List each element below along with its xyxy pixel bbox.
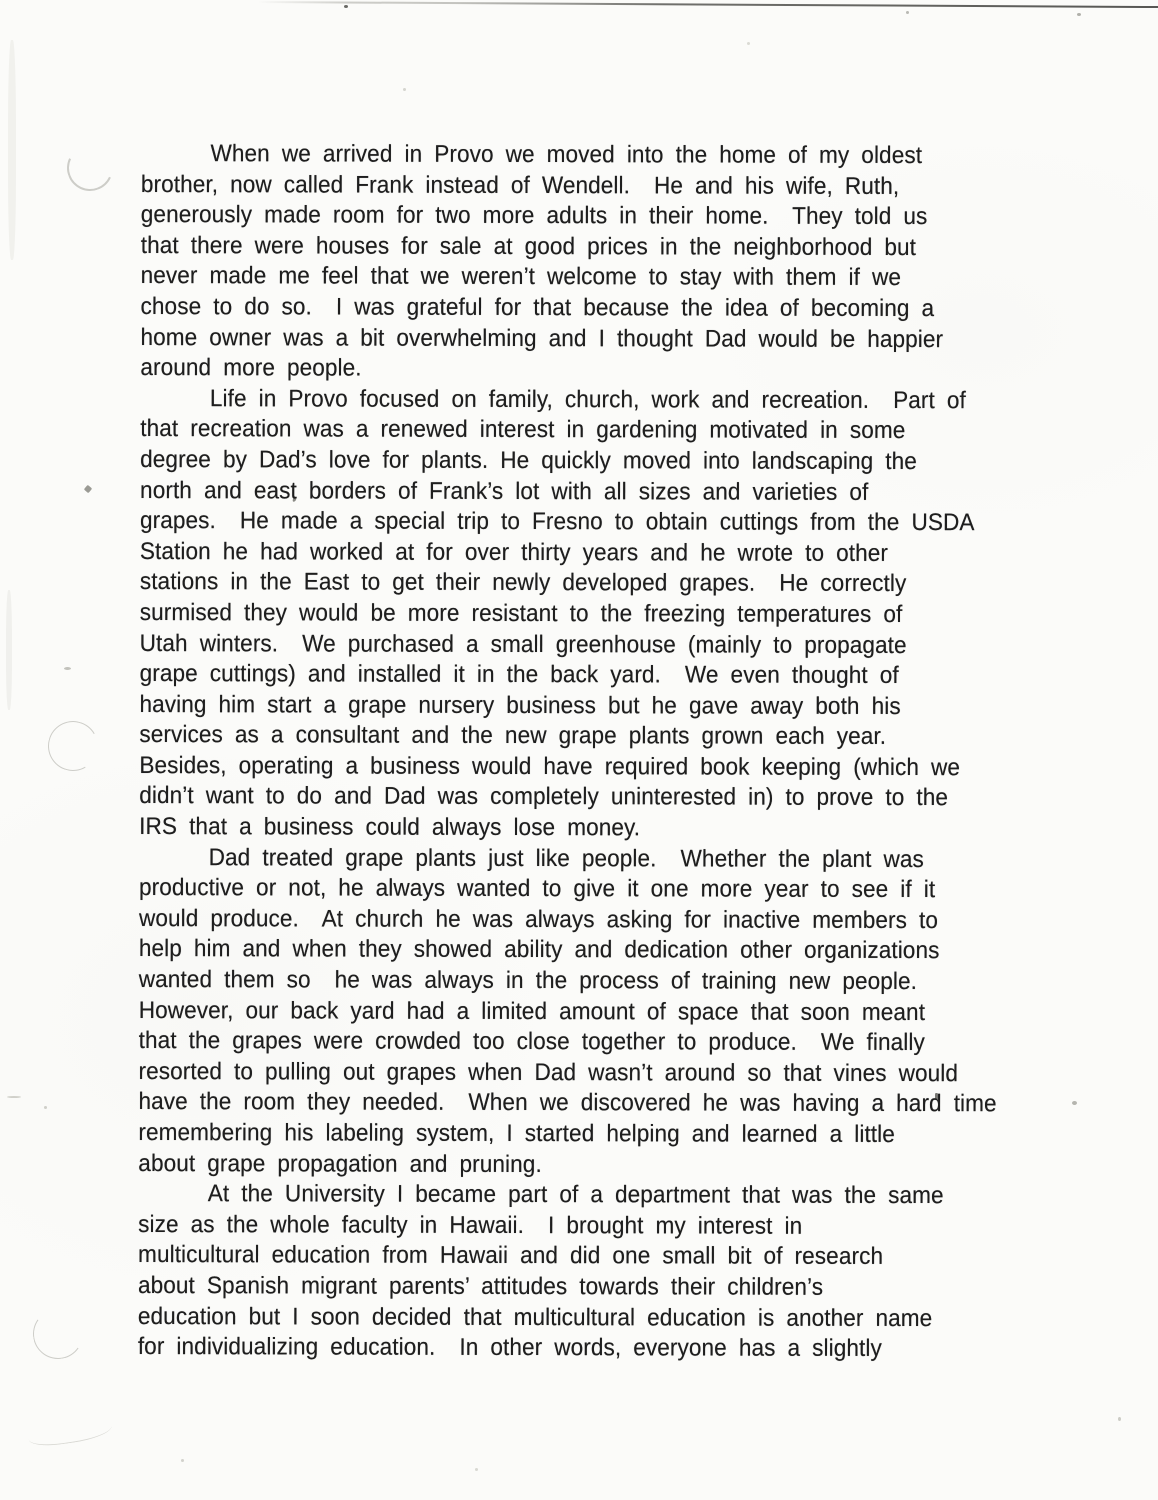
page-text: When we arrived in Provo we moved into t…: [138, 139, 1081, 1365]
scan-speck: [403, 88, 406, 91]
text-line: Utah winters. We purchased a small green…: [140, 628, 1080, 661]
text-line: stations in the East to get their newly …: [140, 567, 1080, 600]
scan-speck: [64, 667, 71, 670]
text-line: Besides, operating a business would have…: [139, 751, 1079, 784]
text-line: about grape propagation and pruning.: [138, 1149, 1078, 1182]
text-line: Dad treated grape plants just like peopl…: [139, 843, 1079, 876]
text-line: services as a consultant and the new gra…: [139, 720, 1079, 753]
text-line: that recreation was a renewed interest i…: [140, 414, 1080, 447]
scan-speck: [475, 1468, 478, 1471]
text-line: home owner was a bit overwhelming and I …: [140, 323, 1080, 356]
scan-speck: [747, 42, 750, 45]
scanned-page: When we arrived in Provo we moved into t…: [0, 0, 1158, 1500]
paragraph: When we arrived in Provo we moved into t…: [140, 139, 1081, 386]
paragraph: Life in Provo focused on family, church,…: [139, 384, 1080, 845]
scan-speck: [1118, 1417, 1121, 1421]
paragraph: At the University I became part of a dep…: [138, 1179, 1078, 1365]
text-line: that the grapes were crowded too close t…: [139, 1026, 1079, 1059]
punch-hole-mark: [42, 715, 103, 776]
text-line: help him and when they showed ability an…: [139, 934, 1079, 967]
scan-speck: [344, 5, 348, 8]
text-line: north and east borders of Frank’s lot wi…: [140, 476, 1080, 509]
text-line: Station he had worked at for over thirty…: [140, 537, 1080, 570]
scan-speck: [44, 1106, 47, 1109]
text-line: grape cuttings) and installed it in the …: [140, 659, 1080, 692]
text-line: didn’t want to do and Dad was completely…: [139, 781, 1079, 814]
text-line: size as the whole faculty in Hawaii. I b…: [138, 1210, 1078, 1243]
scan-speck: [84, 485, 92, 493]
paragraph: Dad treated grape plants just like peopl…: [138, 843, 1079, 1182]
text-line: having him start a grape nursery busines…: [139, 690, 1079, 723]
text-line: When we arrived in Provo we moved into t…: [141, 139, 1081, 172]
text-line: education but I soon decided that multic…: [138, 1302, 1078, 1335]
text-line: about Spanish migrant parents’ attitudes…: [138, 1271, 1078, 1304]
scan-smudge: [6, 590, 12, 710]
scan-speck: [906, 11, 909, 14]
text-line: brother, now called Frank instead of Wen…: [141, 170, 1081, 203]
text-line: for individualizing education. In other …: [138, 1332, 1078, 1365]
text-line: However, our back yard had a limited amo…: [139, 996, 1079, 1029]
scan-smudge: [8, 40, 16, 260]
punch-hole-mark: [29, 1305, 87, 1363]
text-line: productive or not, he always wanted to g…: [139, 873, 1079, 906]
scan-edge-artifact: [258, 1, 1158, 8]
text-line: around more people.: [140, 353, 1080, 386]
text-line: multicultural education from Hawaii and …: [138, 1240, 1078, 1273]
text-line: would produce. At church he was always a…: [139, 904, 1079, 937]
punch-hole-mark: [61, 139, 120, 198]
text-line: that there were houses for sale at good …: [141, 231, 1081, 264]
text-line: surmised they would be more resistant to…: [140, 598, 1080, 631]
text-line: wanted them so he was always in the proc…: [139, 965, 1079, 998]
text-line: remembering his labeling system, I start…: [138, 1118, 1078, 1151]
scan-speck: [7, 1096, 21, 1098]
scan-speck: [181, 1459, 184, 1462]
text-line: Life in Provo focused on family, church,…: [140, 384, 1080, 417]
text-line: generously made room for two more adults…: [141, 200, 1081, 233]
text-line: chose to do so. I was grateful for that …: [141, 292, 1081, 325]
text-line: degree by Dad’s love for plants. He quic…: [140, 445, 1080, 478]
text-line: never made me feel that we weren’t welco…: [141, 261, 1081, 294]
text-line: grapes. He made a special trip to Fresno…: [140, 506, 1080, 539]
text-line: IRS that a business could always lose mo…: [139, 812, 1079, 845]
scan-crease-mark: [27, 1414, 113, 1448]
text-line: At the University I became part of a dep…: [138, 1179, 1078, 1212]
text-line: resorted to pulling out grapes when Dad …: [139, 1057, 1079, 1090]
scan-speck: [1077, 13, 1081, 16]
text-line: have the room they needed. When we disco…: [138, 1087, 1078, 1120]
